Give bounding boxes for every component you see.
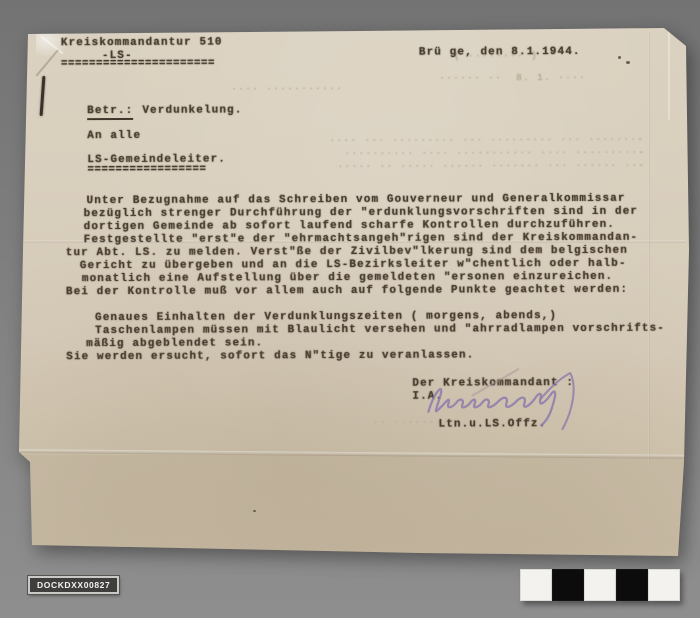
scale-square-white	[520, 569, 552, 601]
paper-sheet: ( ········ ) ······ ·· 8. 1. ···· ···· ·…	[0, 0, 700, 618]
archive-label: DOCKDXX00827	[28, 576, 119, 594]
recipient-line: An alle	[87, 130, 141, 143]
ghost-text: ·········· ···· ··········· ···· ·······…	[344, 148, 645, 160]
ghost-text: ····· ·· ····· ······ ······· ··· ······…	[337, 161, 645, 173]
handwritten-signature	[420, 363, 605, 436]
scale-square-black	[552, 569, 584, 601]
subject-line: Betr.:Verdunkelung.	[87, 104, 242, 118]
scale-bar	[520, 569, 680, 601]
body-line: Bei der Kontrolle muß vor allem auch auf…	[66, 284, 628, 299]
ghost-text: ···· ··· ········· ··· ········· ··· ···…	[329, 135, 644, 147]
closing-line: Sie werden ersucht, sofort das N"tige zu…	[66, 349, 474, 364]
list-line: mäßig abgeblendet sein.	[86, 337, 263, 351]
list-line: Taschenlampen müssen mit Blaulicht verse…	[95, 323, 665, 338]
recipient-rule: =================	[87, 164, 206, 178]
letterhead-rule: ======================	[61, 58, 215, 72]
ghost-text: ···· ···········	[231, 84, 343, 95]
ghost-text: ······ ·· 8. 1. ····	[439, 73, 586, 85]
scale-square-white	[584, 569, 616, 601]
letterhead-unit: Kreiskommandantur 510	[61, 37, 223, 51]
subject-label: Betr.:	[87, 105, 133, 120]
scale-square-black	[616, 569, 648, 601]
scale-square-white	[648, 569, 680, 601]
subject-text: Verdunkelung.	[142, 104, 242, 116]
date-line: Brü ge, den 8.1.1944.	[419, 46, 581, 60]
typed-text-layer: ( ········ ) ······ ·· 8. 1. ···· ···· ·…	[0, 0, 700, 618]
scanned-letter: ( ········ ) ······ ·· 8. 1. ···· ···· ·…	[0, 0, 700, 618]
